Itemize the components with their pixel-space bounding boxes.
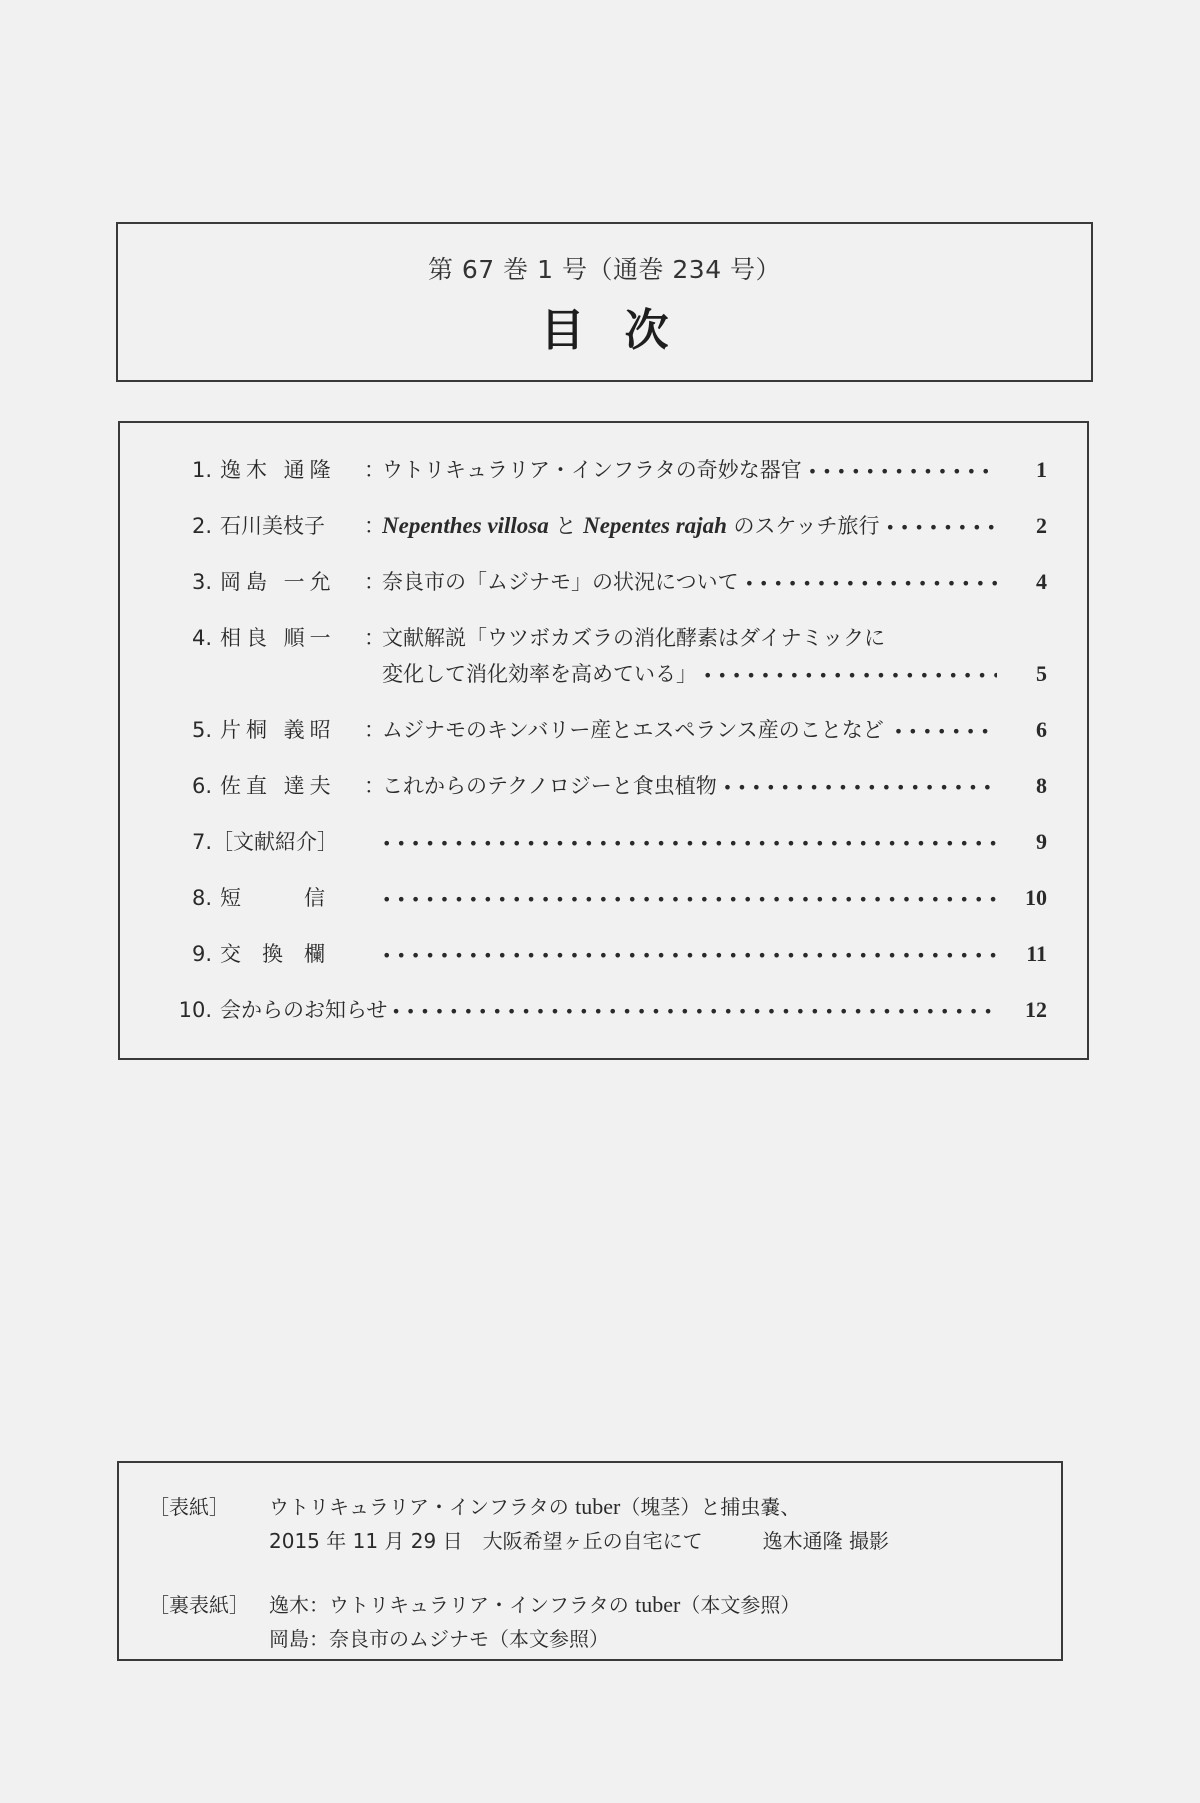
toc-item-author: 逸木 通隆: [220, 453, 360, 487]
toc-item[interactable]: 7. ［文献紹介］•••••••••••••••••••••••••••••••…: [120, 825, 1087, 859]
toc-item-title: Nepenthes villosa と Nepentes rajah のスケッチ…: [382, 509, 997, 545]
toc-item-title: 交 換 欄•••••••••••••••••••••••••••••••••••…: [220, 937, 997, 973]
toc-item-page: 8: [1007, 769, 1047, 803]
toc-item-title: ムジナモのキンバリー産とエスペランス産のことなど••••••••••••••••…: [382, 713, 997, 749]
toc-item-author: 佐直 達夫: [220, 769, 360, 803]
toc-item-number: 2.: [152, 509, 212, 543]
toc-item-title-line2: 変化して消化効率を高めている」•••••••••••••••••••••••••…: [382, 657, 997, 693]
toc-item-number: 7.: [152, 825, 212, 859]
table-of-contents: 1. 逸木 通隆 ： ウトリキュラリア・インフラタの奇妙な器官•••••••••…: [118, 421, 1089, 1060]
back-cover-line1: 逸木：ウトリキュラリア・インフラタの tuber（本文参照）: [269, 1589, 800, 1618]
toc-item-title: これからのテクノロジーと食虫植物••••••••••••••••••••••••…: [382, 769, 997, 805]
toc-item-author: 岡島 一允: [220, 565, 360, 599]
cover-caption-box: ［表紙］ ウトリキュラリア・インフラタの tuber（塊茎）と捕虫嚢、 2015…: [117, 1461, 1063, 1661]
toc-item[interactable]: 8. 短 信••••••••••••••••••••••••••••••••••…: [120, 881, 1087, 915]
toc-item[interactable]: 1. 逸木 通隆 ： ウトリキュラリア・インフラタの奇妙な器官•••••••••…: [120, 453, 1087, 487]
toc-item-title: 奈良市の「ムジナモ」の状況について•••••••••••••••••••••••…: [382, 565, 997, 601]
page-title: 目次: [118, 294, 1091, 358]
front-cover-label: ［表紙］: [149, 1491, 229, 1520]
back-cover-line2: 岡島：奈良市のムジナモ（本文参照）: [269, 1623, 609, 1652]
toc-item-page: 10: [1007, 881, 1047, 915]
toc-item-page: 6: [1007, 713, 1047, 747]
toc-item-author: 相良 順一: [220, 621, 360, 655]
toc-item-author: 石川美枝子: [220, 509, 360, 543]
toc-item[interactable]: 6. 佐直 達夫 ： これからのテクノロジーと食虫植物•••••••••••••…: [120, 769, 1087, 803]
toc-item-title: 短 信•••••••••••••••••••••••••••••••••••••…: [220, 881, 997, 917]
toc-item-page: 9: [1007, 825, 1047, 859]
toc-item-title: ［文献紹介］••••••••••••••••••••••••••••••••••…: [212, 825, 997, 861]
toc-item-number: 10.: [152, 993, 212, 1027]
toc-item-number: 3.: [152, 565, 212, 599]
toc-item-page: 1: [1007, 453, 1047, 487]
toc-item-number: 4.: [152, 621, 212, 655]
toc-item[interactable]: 10. 会からのお知らせ••••••••••••••••••••••••••••…: [120, 993, 1087, 1027]
back-cover-label: ［裏表紙］: [149, 1589, 249, 1618]
toc-item-continuation[interactable]: 変化して消化効率を高めている」•••••••••••••••••••••••••…: [120, 657, 1087, 691]
toc-item[interactable]: 5. 片桐 義昭 ： ムジナモのキンバリー産とエスペランス産のことなど•••••…: [120, 713, 1087, 747]
toc-item-number: 8.: [152, 881, 212, 915]
toc-item-number: 9.: [152, 937, 212, 971]
toc-item[interactable]: 3. 岡島 一允 ： 奈良市の「ムジナモ」の状況について••••••••••••…: [120, 565, 1087, 599]
toc-item-title: 会からのお知らせ••••••••••••••••••••••••••••••••…: [220, 993, 997, 1029]
issue-header-box: 第 67 巻 1 号（通巻 234 号） 目次: [116, 222, 1093, 382]
toc-item[interactable]: 9. 交 換 欄••••••••••••••••••••••••••••••••…: [120, 937, 1087, 971]
toc-item-page: 11: [1007, 937, 1047, 971]
toc-item[interactable]: 2. 石川美枝子 ： Nepenthes villosa と Nepentes …: [120, 509, 1087, 543]
toc-item-number: 6.: [152, 769, 212, 803]
toc-item[interactable]: 4. 相良 順一 ： 文献解説「ウツボカズラの消化酵素はダイナミックに: [120, 621, 1087, 655]
front-cover-line2: 2015 年 11 月 29 日 大阪希望ヶ丘の自宅にて 逸木通隆 撮影: [269, 1525, 889, 1554]
toc-item-page: 4: [1007, 565, 1047, 599]
front-cover-line1: ウトリキュラリア・インフラタの tuber（塊茎）と捕虫嚢、: [269, 1491, 800, 1520]
toc-item-title: 文献解説「ウツボカズラの消化酵素はダイナミックに: [382, 621, 997, 655]
toc-item-number: 5.: [152, 713, 212, 747]
issue-number: 第 67 巻 1 号（通巻 234 号）: [118, 250, 1091, 286]
toc-item-number: 1.: [152, 453, 212, 487]
toc-item-page: 2: [1007, 509, 1047, 543]
toc-item-author: 片桐 義昭: [220, 713, 360, 747]
toc-item-page: 12: [1007, 993, 1047, 1027]
toc-item-page: 5: [1007, 657, 1047, 691]
toc-item-title: ウトリキュラリア・インフラタの奇妙な器官••••••••••••••••••••…: [382, 453, 997, 489]
